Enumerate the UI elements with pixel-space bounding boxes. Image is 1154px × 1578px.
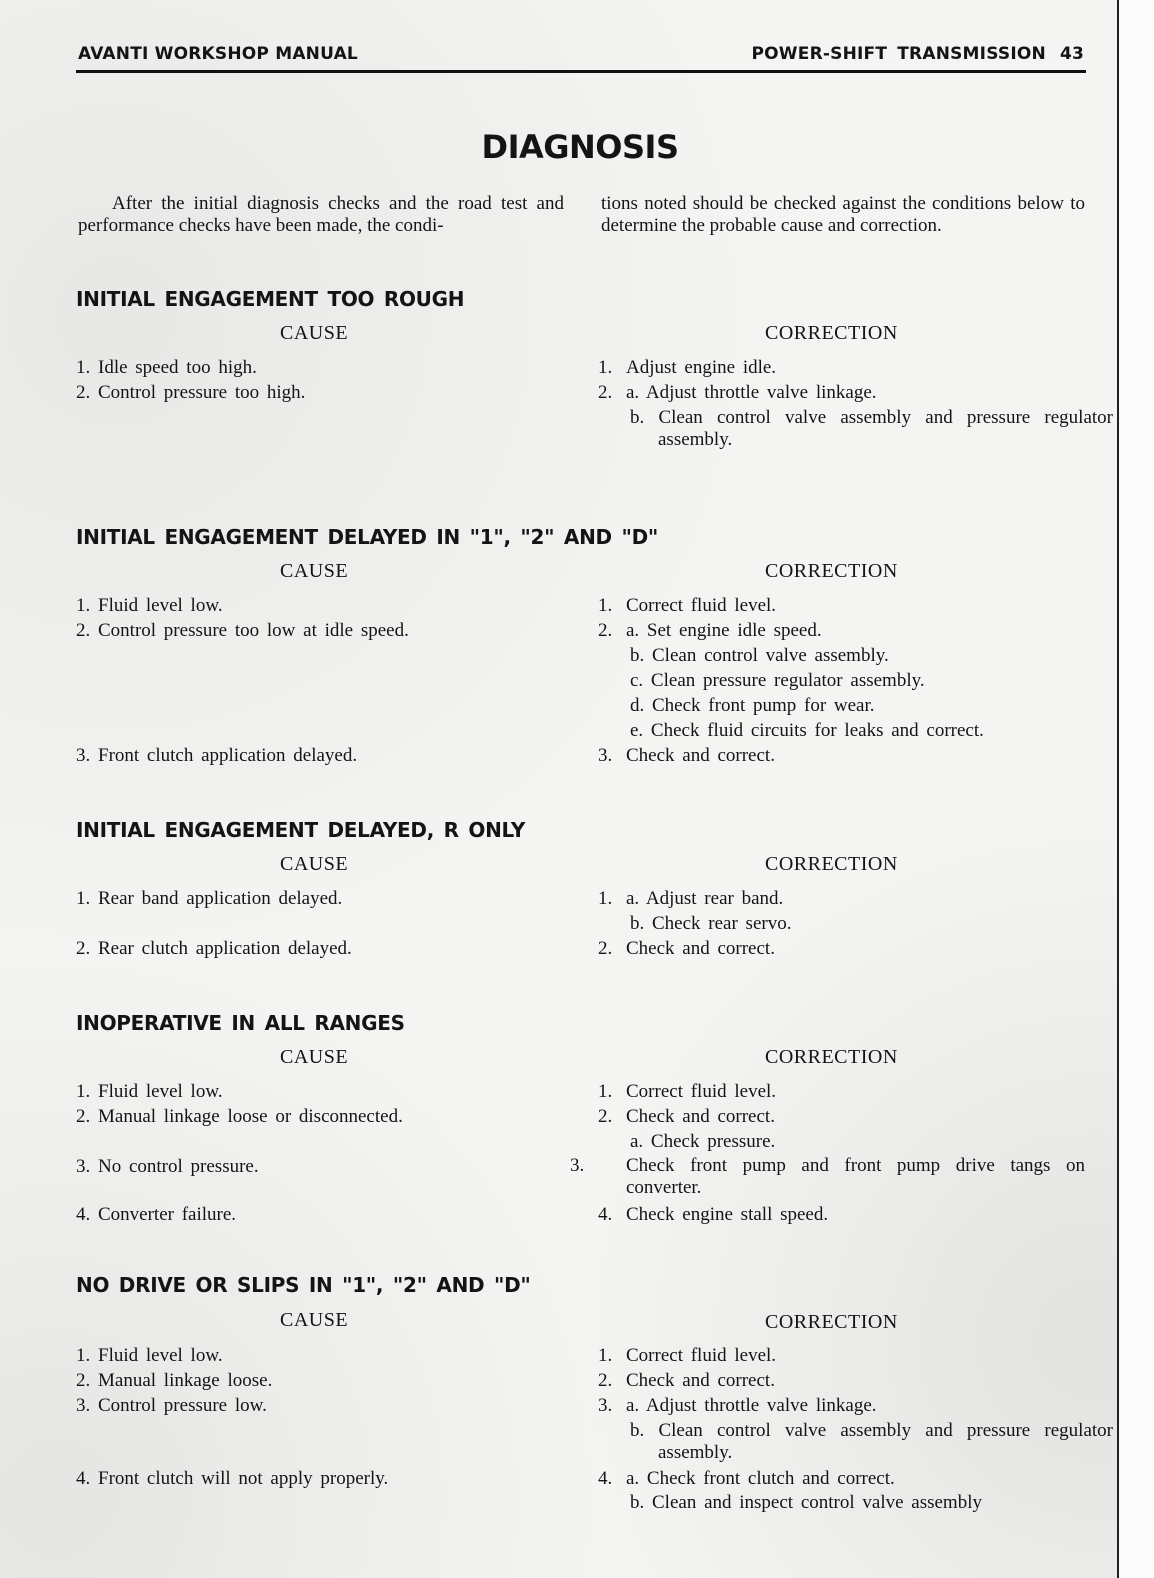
- item-text: a. Adjust throttle valve linkage.: [626, 382, 877, 403]
- correction-item: 2.a. Adjust throttle valve linkage.: [598, 381, 877, 405]
- cause-header: CAUSE: [280, 1046, 348, 1069]
- page-edge: [1119, 0, 1154, 1578]
- item-number: 1.: [598, 1080, 626, 1104]
- correction-subitem: b. Clean control valve assembly and pres…: [630, 407, 1113, 451]
- item-text: Correct fluid level.: [626, 1081, 776, 1102]
- cause-item: 2. Control pressure too low at idle spee…: [76, 619, 409, 643]
- cause-item: 1. Idle speed too high.: [76, 356, 257, 380]
- cause-item: 2. Manual linkage loose or disconnected.: [76, 1105, 403, 1129]
- item-text: Check engine stall speed.: [626, 1204, 828, 1225]
- correction-subitem: a. Check pressure.: [630, 1131, 1085, 1153]
- correction-header: CORRECTION: [765, 322, 898, 345]
- cause-item: 4. Converter failure.: [76, 1203, 236, 1227]
- item-number: 2.: [598, 1369, 626, 1393]
- correction-header: CORRECTION: [765, 1046, 898, 1069]
- correction-header: CORRECTION: [765, 1311, 898, 1334]
- item-text: Check and correct.: [626, 745, 775, 766]
- correction-header: CORRECTION: [765, 853, 898, 876]
- cause-item: 1. Fluid level low.: [76, 1080, 223, 1104]
- item-text: a. Adjust throttle valve linkage.: [626, 1395, 877, 1416]
- correction-subitem: d. Check front pump for wear.: [630, 695, 1085, 717]
- section-title: INOPERATIVE IN ALL RANGES: [76, 1011, 405, 1035]
- running-header: AVANTI WORKSHOP MANUAL POWER-SHIFT TRANS…: [76, 42, 1086, 73]
- item-number: 1.: [598, 887, 626, 911]
- cause-header: CAUSE: [280, 853, 348, 876]
- item-text: a. Check front clutch and correct.: [626, 1468, 895, 1489]
- correction-subitem: b. Check rear servo.: [630, 913, 1085, 935]
- correction-item: 1.Adjust engine idle.: [598, 356, 776, 380]
- correction-item: 1.Correct fluid level.: [598, 594, 776, 618]
- item-text: Correct fluid level.: [626, 595, 776, 616]
- correction-subitem: b. Clean control valve assembly.: [630, 645, 1085, 667]
- cause-item: 4. Front clutch will not apply properly.: [76, 1467, 388, 1491]
- item-number: 1.: [598, 356, 626, 380]
- item-number: 2.: [598, 381, 626, 405]
- cause-header: CAUSE: [280, 1309, 348, 1332]
- cause-item: 1. Fluid level low.: [76, 594, 223, 618]
- item-text: Correct fluid level.: [626, 1345, 776, 1366]
- correction-subitem: c. Clean pressure regulator assembly.: [630, 670, 1085, 692]
- intro-paragraph-left: After the initial diagnosis checks and t…: [78, 193, 564, 237]
- correction-item: 1.Correct fluid level.: [598, 1080, 776, 1104]
- cause-item: 2. Manual linkage loose.: [76, 1369, 272, 1393]
- page-number: 43: [1060, 44, 1084, 64]
- item-text: Check and correct.: [626, 1370, 775, 1391]
- correction-item: 3.Check front pump and front pump drive …: [598, 1155, 1085, 1199]
- item-text: a. Adjust rear band.: [626, 888, 783, 909]
- correction-item: 2.Check and correct.: [598, 1369, 775, 1393]
- correction-item: 4.Check engine stall speed.: [598, 1203, 828, 1227]
- chapter-title: POWER-SHIFT TRANSMISSION43: [752, 44, 1085, 64]
- item-number: 4.: [598, 1203, 626, 1227]
- section-title: INITIAL ENGAGEMENT DELAYED, R ONLY: [76, 818, 525, 842]
- item-number: 3.: [598, 1155, 626, 1177]
- chapter-name: POWER-SHIFT TRANSMISSION: [752, 44, 1046, 64]
- item-text: Adjust engine idle.: [626, 357, 776, 378]
- section-title: NO DRIVE OR SLIPS IN "1", "2" AND "D": [76, 1273, 531, 1297]
- section-title: INITIAL ENGAGEMENT TOO ROUGH: [76, 287, 464, 311]
- cause-header: CAUSE: [280, 322, 348, 345]
- cause-item: 1. Rear band application delayed.: [76, 887, 342, 911]
- item-text: Check and correct.: [626, 938, 775, 959]
- correction-subitem: b. Clean and inspect control valve assem…: [630, 1492, 1085, 1514]
- correction-item: 2.a. Set engine idle speed.: [598, 619, 822, 643]
- item-number: 3.: [598, 1394, 626, 1418]
- page-title: DIAGNOSIS: [0, 128, 1154, 166]
- correction-header: CORRECTION: [765, 560, 898, 583]
- section-title: INITIAL ENGAGEMENT DELAYED IN "1", "2" A…: [76, 525, 658, 549]
- page-edge-line: [1117, 0, 1119, 1578]
- correction-subitem: e. Check fluid circuits for leaks and co…: [630, 720, 1085, 742]
- cause-item: 2. Control pressure too high.: [76, 381, 305, 405]
- manual-title: AVANTI WORKSHOP MANUAL: [78, 44, 358, 64]
- correction-item: 3.Check and correct.: [598, 744, 775, 768]
- correction-item: 1.Correct fluid level.: [598, 1344, 776, 1368]
- item-text: a. Set engine idle speed.: [626, 620, 822, 641]
- item-number: 2.: [598, 937, 626, 961]
- correction-item: 2.Check and correct.: [598, 1105, 775, 1129]
- intro-paragraph-right: tions noted should be checked against th…: [601, 193, 1085, 237]
- item-text: Check front pump and front pump drive ta…: [626, 1155, 1085, 1198]
- item-number: 3.: [598, 744, 626, 768]
- correction-subitem: b. Clean control valve assembly and pres…: [630, 1420, 1113, 1464]
- cause-item: 3. Front clutch application delayed.: [76, 744, 357, 768]
- cause-header: CAUSE: [280, 560, 348, 583]
- item-number: 2.: [598, 619, 626, 643]
- correction-item: 1.a. Adjust rear band.: [598, 887, 783, 911]
- correction-item: 2.Check and correct.: [598, 937, 775, 961]
- cause-item: 2. Rear clutch application delayed.: [76, 937, 352, 961]
- cause-item: 1. Fluid level low.: [76, 1344, 223, 1368]
- cause-item: 3. Control pressure low.: [76, 1394, 267, 1418]
- cause-item: 3. No control pressure.: [76, 1155, 259, 1179]
- correction-item: 4.a. Check front clutch and correct.: [598, 1467, 895, 1491]
- item-text: Check and correct.: [626, 1106, 775, 1127]
- item-number: 1.: [598, 594, 626, 618]
- item-number: 2.: [598, 1105, 626, 1129]
- item-number: 1.: [598, 1344, 626, 1368]
- correction-item: 3.a. Adjust throttle valve linkage.: [598, 1394, 877, 1418]
- item-number: 4.: [598, 1467, 626, 1491]
